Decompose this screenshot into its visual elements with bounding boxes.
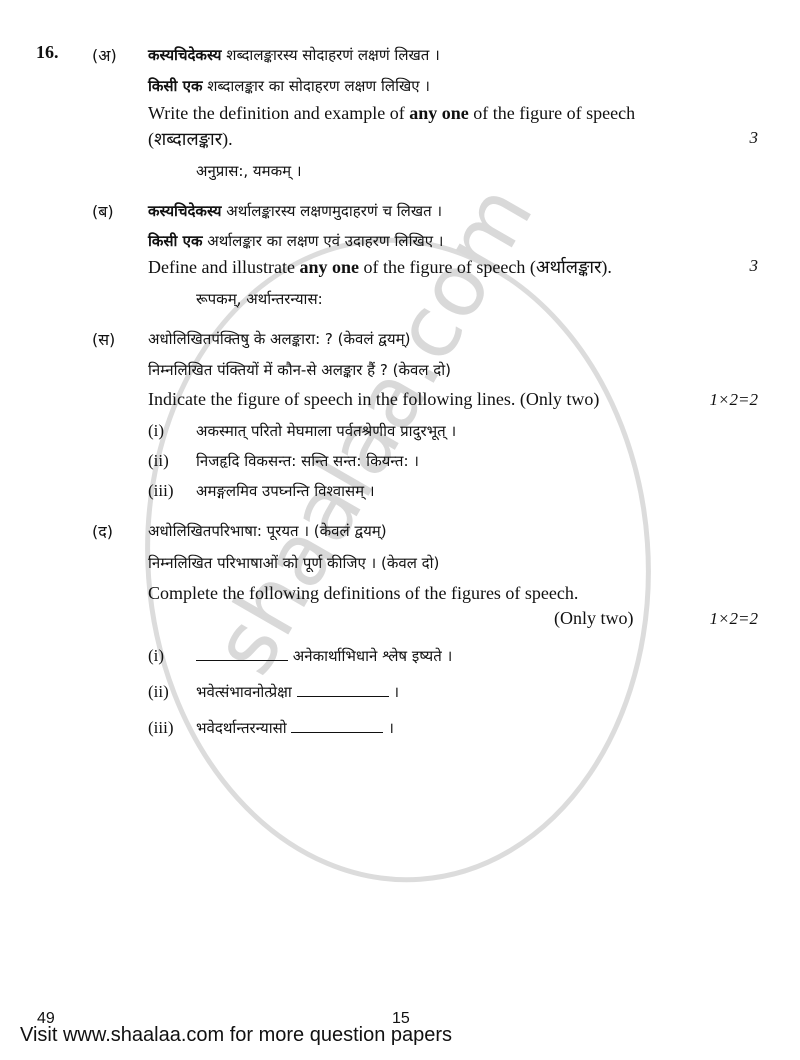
question-paper-page: shaalaa.com 16. (अ) कस्यचिदेकस्य शब्दालङ…: [0, 0, 800, 1060]
emphasis: कस्यचिदेकस्य: [148, 202, 222, 220]
text: ।: [389, 683, 399, 701]
part-a-english: Write the definition and example of any …: [148, 103, 635, 124]
emphasis: किसी एक: [148, 77, 202, 95]
fill-blank: [196, 646, 288, 661]
text: शब्दालङ्कार का सोदाहरण लक्षण लिखिए ।: [202, 77, 430, 95]
part-c-item-text: निजहृदि विकसन्त: सन्ति सन्त: कियन्त: ।: [196, 451, 419, 471]
text: of the figure of speech (अर्थालङ्कार).: [359, 257, 612, 277]
part-c-label: (स): [92, 328, 115, 350]
part-b-english: Define and illustrate any one of the fig…: [148, 255, 612, 279]
part-d-marks: 1×2=2: [710, 609, 758, 629]
part-c-sanskrit: अधोलिखितपंक्तिषु के अलङ्कारा: ? (केवलं द…: [148, 329, 410, 349]
text: शब्दालङ्कारस्य सोदाहरणं लक्षणं लिखत ।: [222, 46, 440, 64]
question-number: 16.: [36, 42, 59, 63]
emphasis: किसी एक: [148, 232, 202, 250]
part-d-hindi: निम्नलिखित परिभाषाओं को पूर्ण कीजिए । (क…: [148, 553, 439, 573]
fill-blank: [297, 682, 389, 697]
part-a-sanskrit: कस्यचिदेकस्य शब्दालङ्कारस्य सोदाहरणं लक्…: [148, 45, 440, 65]
part-d-english-line2: (Only two): [554, 608, 634, 629]
part-c-marks: 1×2=2: [710, 390, 758, 410]
part-b-sanskrit: कस्यचिदेकस्य अर्थालङ्कारस्य लक्षणमुदाहरण…: [148, 201, 442, 221]
part-d-item-num: (i): [148, 646, 164, 666]
part-d-item-text: भवेदर्थान्तरन्यासो ।: [196, 718, 394, 738]
part-d-english: Complete the following definitions of th…: [148, 583, 578, 604]
text: Write the definition and example of: [148, 103, 409, 123]
emphasis: any one: [409, 103, 469, 123]
part-d-item-text: अनेकार्थाभिधाने श्लेष इष्यते ।: [196, 646, 452, 666]
text: अर्थालङ्कार का लक्षण एवं उदाहरण लिखिए ।: [202, 232, 443, 250]
part-a-english-line2: (शब्दालङ्कार).: [148, 127, 233, 151]
emphasis: कस्यचिदेकस्य: [148, 46, 222, 64]
emphasis: any one: [299, 257, 359, 277]
part-c-hindi: निम्नलिखित पंक्तियों में कौन-से अलङ्कार …: [148, 360, 451, 380]
part-c-item-text: अकस्मात् परितो मेघमाला पर्वतश्रेणीव प्रा…: [196, 421, 456, 441]
part-d-item-num: (iii): [148, 718, 174, 738]
part-b-marks: 3: [750, 256, 759, 276]
text: Define and illustrate: [148, 257, 299, 277]
part-c-item-text: अमङ्गलमिव उपघ्नन्ति विश्वासम् ।: [196, 481, 375, 501]
part-d-sanskrit: अधोलिखितपरिभाषा: पूरयत । (केवलं द्वयम्): [148, 521, 387, 541]
text: भवेत्संभावनोत्प्रेक्षा: [196, 683, 297, 701]
footer-promo-link[interactable]: Visit www.shaalaa.com for more question …: [20, 1024, 452, 1047]
part-b-label: (ब): [92, 200, 114, 222]
part-c-item-num: (ii): [148, 451, 169, 471]
text: ।: [383, 719, 393, 737]
part-d-label: (द): [92, 520, 113, 542]
fill-blank: [291, 718, 383, 733]
part-d-item-text: भवेत्संभावनोत्प्रेक्षा ।: [196, 682, 399, 702]
part-a-marks: 3: [750, 128, 759, 148]
text: भवेदर्थान्तरन्यासो: [196, 719, 291, 737]
part-c-item-num: (i): [148, 421, 164, 441]
part-b-options: रूपकम्, अर्थान्तरन्यास:: [196, 289, 323, 309]
text: अर्थालङ्कारस्य लक्षणमुदाहरणं च लिखत ।: [222, 202, 443, 220]
text: of the figure of speech: [469, 103, 635, 123]
part-c-english: Indicate the figure of speech in the fol…: [148, 389, 599, 410]
part-d-item-num: (ii): [148, 682, 169, 702]
part-a-hindi: किसी एक शब्दालङ्कार का सोदाहरण लक्षण लिख…: [148, 76, 430, 96]
text: अनेकार्थाभिधाने श्लेष इष्यते ।: [293, 647, 452, 665]
part-b-hindi: किसी एक अर्थालङ्कार का लक्षण एवं उदाहरण …: [148, 231, 443, 251]
part-a-options: अनुप्रास:, यमकम् ।: [196, 161, 302, 181]
part-a-label: (अ): [92, 44, 117, 66]
shaalaa-watermark: shaalaa.com: [0, 0, 800, 1060]
part-c-item-num: (iii): [148, 481, 174, 501]
